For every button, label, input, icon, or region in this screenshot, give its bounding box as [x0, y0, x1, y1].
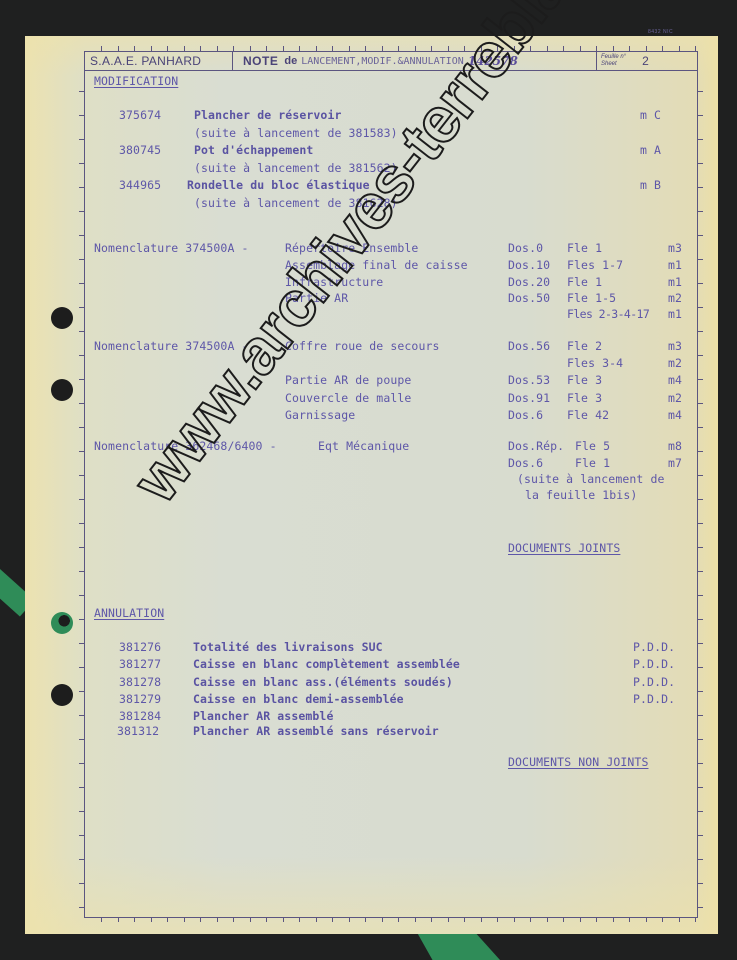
nom-m: m1	[668, 258, 682, 272]
nom-fle: Fle 1-5	[567, 291, 616, 305]
ruler-tick	[530, 917, 531, 922]
annul-status: P.D.D.	[633, 675, 675, 689]
ruler-tick	[697, 211, 703, 212]
nom-fle: Fle 3	[567, 373, 602, 387]
ruler-tick	[695, 917, 696, 922]
nom-dos: Dos.Rép.	[508, 439, 564, 453]
ruler-tick	[79, 715, 85, 716]
ruler-tick	[79, 763, 85, 764]
mod-label: Plancher de réservoir	[194, 108, 342, 122]
ruler-tick	[697, 427, 703, 428]
ruler-tick	[134, 917, 135, 922]
nom-desc: Coffre roue de secours	[285, 339, 440, 353]
nom-desc: Assemblage final de caisse	[285, 258, 468, 272]
ruler-tick	[79, 403, 85, 404]
nom-fle: Fle 1	[575, 456, 610, 470]
ruler-tick	[79, 211, 85, 212]
nomenclature-label: Nomenclature 362468/6400 -	[94, 439, 277, 453]
ruler-tick	[79, 667, 85, 668]
nom-desc: Garnissage	[285, 408, 355, 422]
ruler-tick	[679, 917, 680, 922]
mod-label: Pot d'échappement	[194, 143, 313, 157]
ruler-tick	[118, 917, 119, 922]
ruler-tick	[151, 917, 152, 922]
ruler-tick	[79, 811, 85, 812]
company-name: S.A.A.E. PANHARD	[85, 52, 233, 70]
ruler-tick	[697, 187, 703, 188]
binder-hole	[51, 612, 73, 634]
binder-hole	[51, 307, 73, 329]
ruler-tick	[167, 917, 168, 922]
nomenclature-label: Nomenclature 374500A -	[94, 339, 249, 353]
ruler-tick	[79, 307, 85, 308]
ruler-tick	[79, 883, 85, 884]
ruler-tick	[697, 307, 703, 308]
ruler-tick	[79, 739, 85, 740]
ruler-tick	[697, 667, 703, 668]
annul-code: 381284	[119, 709, 161, 723]
nom-fle: Fle 3	[567, 391, 602, 405]
nom-fle: Fle 42	[567, 408, 609, 422]
mod-label: Rondelle du bloc élastique	[187, 178, 370, 192]
ruler-tick	[697, 787, 703, 788]
annul-code: 381277	[119, 657, 161, 671]
ruler-tick	[481, 917, 482, 922]
ruler-tick	[79, 139, 85, 140]
nom-dos: Dos.10	[508, 258, 550, 272]
ruler-tick	[697, 619, 703, 620]
ruler-tick	[79, 835, 85, 836]
ruler-tick	[79, 859, 85, 860]
ruler-tick	[662, 917, 663, 922]
ruler-tick	[697, 283, 703, 284]
nom-m: m8	[668, 439, 682, 453]
ruler-tick	[697, 811, 703, 812]
nom-m: m1	[668, 275, 682, 289]
ruler-tick	[697, 475, 703, 476]
ruler-tick	[431, 917, 432, 922]
ruler-tick	[697, 739, 703, 740]
nom-dos: Dos.20	[508, 275, 550, 289]
nom-fle: Fle 2	[567, 339, 602, 353]
nom-desc: Eqt Mécanique	[318, 439, 409, 453]
nom-desc: Infrastructure	[285, 275, 383, 289]
ruler-tick	[697, 643, 703, 644]
ruler-tick	[332, 917, 333, 922]
ruler-tick	[448, 917, 449, 922]
ruler-tick	[580, 917, 581, 922]
ruler-tick	[79, 379, 85, 380]
nom-fle: Fle 1	[567, 275, 602, 289]
ruler-tick	[596, 917, 597, 922]
ruler-tick	[514, 917, 515, 922]
ruler-tick	[316, 917, 317, 922]
sheet-label: Feuille n° Sheet	[601, 54, 626, 68]
ruler-tick	[697, 331, 703, 332]
ruler-tick	[79, 331, 85, 332]
note-number: 142578	[468, 54, 518, 68]
ruler-tick	[79, 475, 85, 476]
ruler-tick	[184, 917, 185, 922]
ruler-tick	[79, 499, 85, 500]
annul-label: Caisse en blanc complètement assemblée	[193, 657, 460, 671]
annul-label: Totalité des livraisons SUC	[193, 640, 383, 654]
ruler-tick	[101, 917, 102, 922]
ruler-tick	[697, 595, 703, 596]
annul-code: 381276	[119, 640, 161, 654]
ruler-tick	[200, 917, 201, 922]
mod-code: 380745	[119, 143, 161, 157]
documents-non-joints-heading: DOCUMENTS NON JOINTS	[508, 755, 648, 769]
nom-m: m7	[668, 456, 682, 470]
ruler-tick	[79, 547, 85, 548]
ruler-tick	[365, 917, 366, 922]
ruler-tick	[217, 917, 218, 922]
ruler-tick	[613, 917, 614, 922]
annul-status: P.D.D.	[633, 640, 675, 654]
ruler-tick	[79, 163, 85, 164]
documents-joints-heading: DOCUMENTS JOINTS	[508, 541, 620, 555]
binder-hole	[51, 684, 73, 706]
nom-desc: Répertoire Ensemble	[285, 241, 418, 255]
nom-m: m4	[668, 408, 682, 422]
ruler-tick	[349, 917, 350, 922]
ruler-tick	[697, 715, 703, 716]
ruler-tick	[398, 917, 399, 922]
nom-fle: Fle 5	[575, 439, 610, 453]
ruler-tick	[233, 917, 234, 922]
nom-dos: Dos.0	[508, 241, 543, 255]
mod-code: 344965	[119, 178, 161, 192]
annul-code: 381312	[117, 724, 159, 738]
nom-m: m2	[668, 356, 682, 370]
nom-note: (suite à lancement de	[517, 472, 665, 486]
ruler-tick	[697, 691, 703, 692]
mod-note: (suite à lancement de 381562)	[194, 161, 398, 175]
nom-dos: Dos.6	[508, 456, 543, 470]
ruler-tick	[79, 259, 85, 260]
nom-dos: Dos.6	[508, 408, 543, 422]
annul-code: 381279	[119, 692, 161, 706]
ruler-tick	[697, 883, 703, 884]
nom-m: m3	[668, 339, 682, 353]
ruler-tick	[697, 499, 703, 500]
nom-m: m2	[668, 291, 682, 305]
ruler-tick	[697, 235, 703, 236]
nom-m: m2	[668, 391, 682, 405]
ruler-tick	[79, 283, 85, 284]
nom-dos: Dos.91	[508, 391, 550, 405]
ruler-tick	[266, 917, 267, 922]
annul-label: Plancher AR assemblé	[193, 709, 333, 723]
mod-note: (suite à lancement de 381583)	[194, 126, 398, 140]
nom-note: la feuille 1bis)	[525, 488, 637, 502]
ruler-tick	[697, 451, 703, 452]
ruler-tick	[79, 523, 85, 524]
ruler-tick	[563, 917, 564, 922]
note-title: LANCEMENT,MODIF.&ANNULATION	[301, 56, 464, 67]
ruler-tick	[79, 427, 85, 428]
nom-desc: Couvercle de malle	[285, 391, 411, 405]
annul-status: P.D.D.	[633, 692, 675, 706]
ruler-tick	[697, 355, 703, 356]
binder-hole	[51, 379, 73, 401]
ruler-tick	[697, 115, 703, 116]
nomenclature-label: Nomenclature 374500A -	[94, 241, 249, 255]
ruler-tick	[547, 917, 548, 922]
ruler-tick	[79, 91, 85, 92]
nom-fle: Fles 2-3-4-17	[567, 307, 649, 321]
ruler-tick	[79, 355, 85, 356]
nom-dos: Dos.50	[508, 291, 550, 305]
ruler-tick	[697, 835, 703, 836]
modification-heading: MODIFICATION	[94, 74, 178, 88]
note-de: de	[284, 55, 297, 67]
ruler-tick	[697, 859, 703, 860]
nom-fle: Fle 1	[567, 241, 602, 255]
ruler-tick	[283, 917, 284, 922]
ruler-tick	[79, 571, 85, 572]
sheet-label-fr: Feuille n°	[601, 54, 626, 61]
ruler-tick	[79, 643, 85, 644]
sheet-number: 2	[642, 54, 649, 68]
ruler-tick	[697, 163, 703, 164]
ruler-tick	[79, 115, 85, 116]
ruler-tick	[697, 403, 703, 404]
ruler-tick	[497, 917, 498, 922]
ruler-tick	[79, 691, 85, 692]
nom-desc: Partie AR de poupe	[285, 373, 411, 387]
ruler-tick	[79, 187, 85, 188]
nom-dos: Dos.56	[508, 339, 550, 353]
annul-label: Caisse en blanc ass.(éléments soudés)	[193, 675, 453, 689]
ruler-tick	[415, 917, 416, 922]
ruler-tick	[464, 917, 465, 922]
nom-m: m4	[668, 373, 682, 387]
ruler-tick	[697, 523, 703, 524]
ruler-tick	[697, 547, 703, 548]
sheet-label-en: Sheet	[601, 61, 626, 68]
nom-desc: Partie AR	[285, 291, 348, 305]
note-label: NOTE	[243, 54, 278, 68]
ruler-tick	[646, 917, 647, 922]
ruler-tick	[697, 379, 703, 380]
ruler-tick	[79, 907, 85, 908]
ruler-tick	[299, 917, 300, 922]
ruler-tick	[79, 451, 85, 452]
ruler-tick	[697, 571, 703, 572]
nom-m: m3	[668, 241, 682, 255]
annul-label: Caisse en blanc demi-assemblée	[193, 692, 404, 706]
mod-note: (suite à lancement de 381628)	[194, 196, 398, 210]
mod-code: 375674	[119, 108, 161, 122]
ruler-tick	[79, 235, 85, 236]
ruler-tick	[697, 259, 703, 260]
annul-code: 381278	[119, 675, 161, 689]
form-header: S.A.A.E. PANHARD NOTE de LANCEMENT,MODIF…	[84, 51, 698, 71]
annulation-heading: ANNULATION	[94, 606, 164, 620]
nom-fle: Fles 1-7	[567, 258, 623, 272]
ruler-tick	[79, 787, 85, 788]
ruler-tick	[697, 139, 703, 140]
mod-mark: m B	[640, 178, 661, 192]
nom-fle: Fles 3-4	[567, 356, 623, 370]
mod-mark: m C	[640, 108, 661, 122]
nom-dos: Dos.53	[508, 373, 550, 387]
note-title-block: NOTE de LANCEMENT,MODIF.&ANNULATION 1425…	[233, 52, 597, 70]
ruler-tick	[697, 763, 703, 764]
ruler-tick	[697, 907, 703, 908]
ruler-tick	[250, 917, 251, 922]
sheet-block: Feuille n° Sheet 2	[597, 52, 697, 70]
ruler-tick	[79, 595, 85, 596]
annul-status: P.D.D.	[633, 657, 675, 671]
ruler-tick	[697, 91, 703, 92]
ruler-tick	[629, 917, 630, 922]
mod-mark: m A	[640, 143, 661, 157]
form-code: 8432 NIC	[648, 29, 673, 35]
ruler-tick	[382, 917, 383, 922]
annul-label: Plancher AR assemblé sans réservoir	[193, 724, 439, 738]
nom-m: m1	[668, 307, 682, 321]
ruler-tick	[79, 619, 85, 620]
